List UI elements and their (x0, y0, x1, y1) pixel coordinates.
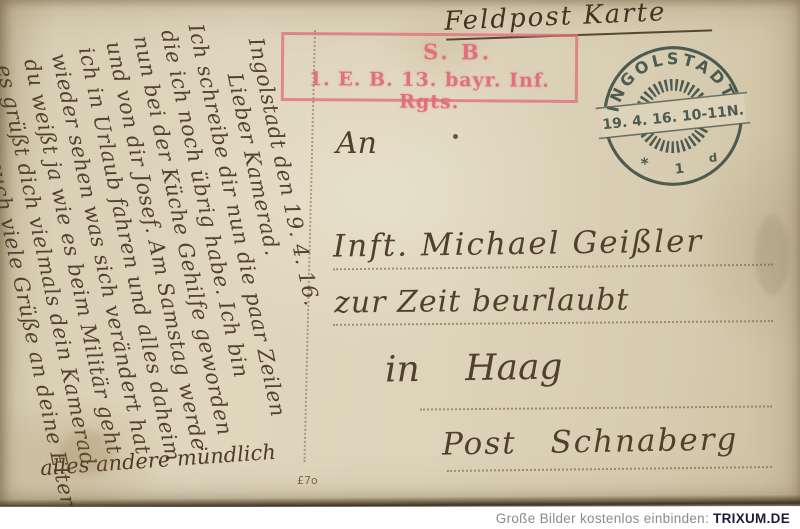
stain (60, 430, 115, 475)
unit-stamp-line1: S. B. (284, 38, 575, 65)
watermark-bar: Große Bilder kostenlos einbinden: TRIXUM… (0, 507, 800, 529)
unit-stamp-line2: 1. E. B. 13. bayr. Inf. Rgts. (284, 68, 575, 114)
postmark: INGOLSTADT 19. 4. 16. 10-11N. * 1 d (587, 30, 758, 201)
print-mark: £7o (297, 474, 318, 487)
stain (755, 215, 789, 295)
address-intro: An (336, 126, 377, 161)
unit-stamp-box: S. B. 1. E. B. 13. bayr. Inf. Rgts. (281, 32, 578, 103)
address-line: zur Zeit beurlaubt (334, 282, 630, 320)
postmark-letter: d (708, 150, 718, 165)
address-line: in Haag (385, 346, 563, 390)
address-line: Post Schnaberg (442, 421, 739, 462)
address-line: Inft. Michael Geißler (333, 223, 704, 264)
watermark-text: Große Bilder kostenlos einbinden: (496, 511, 709, 526)
postmark-number: 1 (674, 161, 685, 178)
watermark-brand: TRIXUM.DE (713, 511, 790, 526)
ink-speck (453, 134, 458, 139)
scanned-postcard-page: Ingolstadt den 19. 4. 16. Lieber Kamerad… (0, 0, 800, 529)
postmark-star: * (640, 155, 650, 174)
